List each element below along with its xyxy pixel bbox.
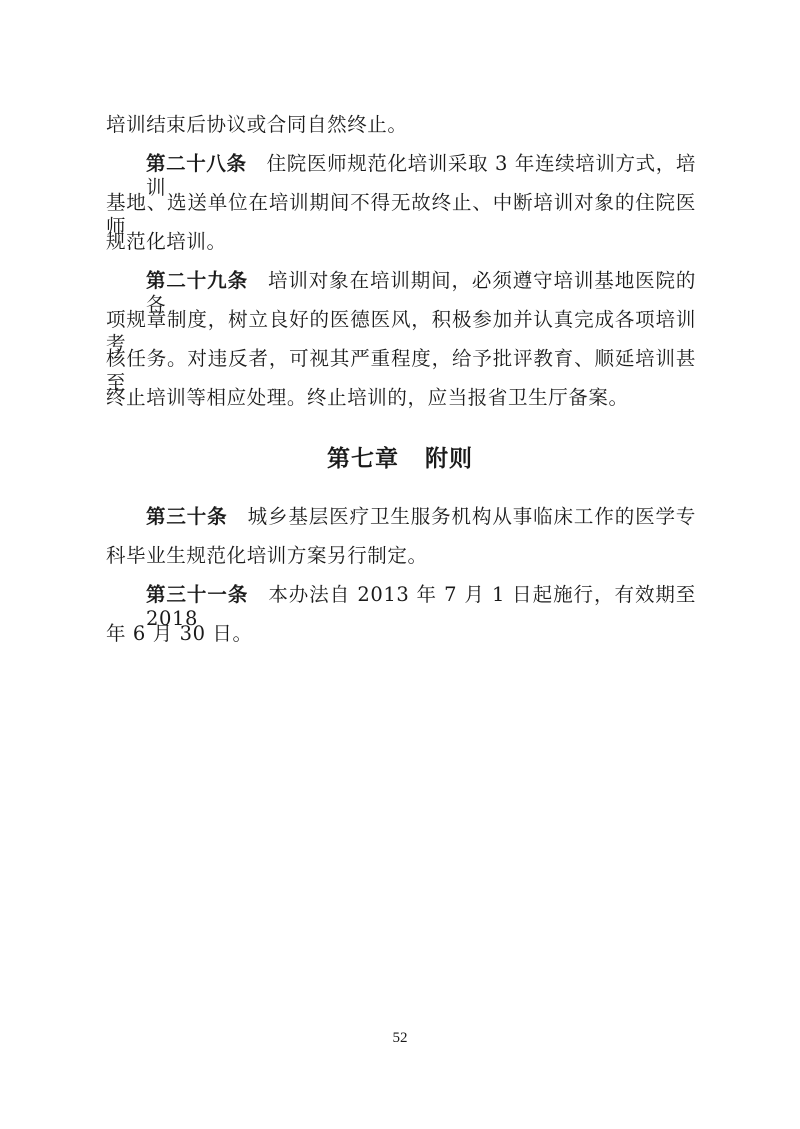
article-29-line-4: 终止培训等相应处理。终止培训的，应当报省卫生厅备案。: [106, 386, 696, 410]
article-heading: 第三十一条: [146, 583, 248, 606]
paragraph-text: 科毕业生规范化培训方案另行制定。: [106, 544, 428, 567]
page-number: 52: [0, 1030, 800, 1047]
article-heading: 第二十九条: [146, 269, 248, 292]
article-heading: 第二十八条: [146, 152, 247, 175]
chapter-title: 附则: [425, 446, 473, 472]
paragraph-text: 城乡基层医疗卫生服务机构从事临床工作的医学专: [248, 505, 696, 528]
chapter-number: 第七章: [327, 446, 399, 472]
chapter-heading: 第七章附则: [0, 440, 800, 473]
article-30-line-1: 第三十条城乡基层医疗卫生服务机构从事临床工作的医学专: [146, 505, 696, 529]
paragraph-continuation: 培训结束后协议或合同自然终止。: [106, 113, 696, 137]
paragraph-text: 终止培训等相应处理。终止培训的，应当报省卫生厅备案。: [106, 386, 629, 409]
paragraph-text: 培训结束后协议或合同自然终止。: [106, 113, 408, 136]
article-heading: 第三十条: [146, 505, 228, 528]
article-31-line-2: 年 6 月 30 日。: [106, 622, 696, 646]
paragraph-text: 规范化培训。: [106, 230, 227, 253]
document-page: 培训结束后协议或合同自然终止。 第二十八条住院医师规范化培训采取 3 年连续培训…: [0, 0, 800, 1129]
article-28-line-3: 规范化培训。: [106, 230, 696, 254]
article-30-line-2: 科毕业生规范化培训方案另行制定。: [106, 544, 696, 568]
paragraph-text: 年 6 月 30 日。: [106, 622, 253, 645]
